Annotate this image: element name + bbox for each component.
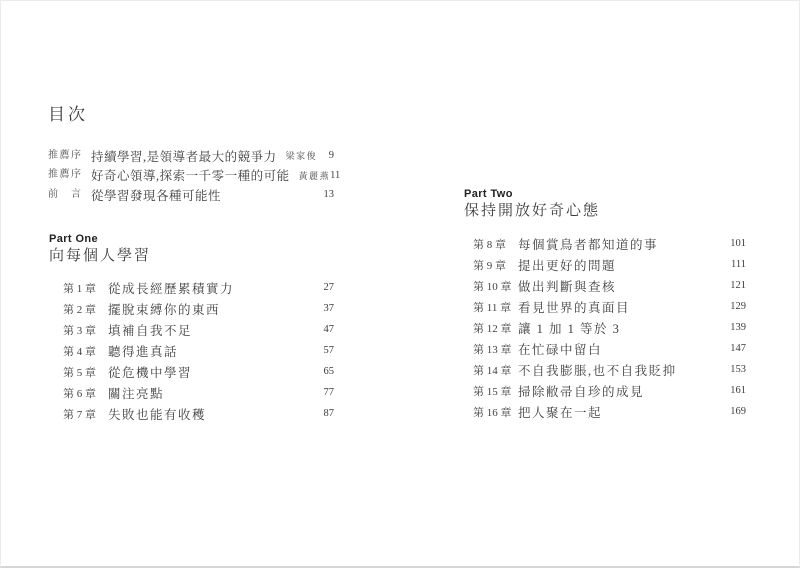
page-number: 161 [730, 385, 746, 396]
chapter-title: 掃除敝帚自珍的成見 [518, 382, 644, 400]
chapter-row: 第 11 章 看見世界的真面目 129 [473, 296, 746, 317]
front-matter-row: 推薦序 好奇心領導,探索一千零一種的可能 黃麗燕 11 [48, 166, 334, 186]
chapter-number: 第 4 章 [63, 343, 108, 359]
page-number: 65 [324, 366, 335, 377]
chapter-row: 第 5 章 從危機中學習 65 [63, 361, 334, 382]
page-number: 121 [730, 280, 746, 291]
part-two-title: 保持開放好奇心態 [464, 201, 600, 221]
chapter-row: 第 1 章 從成長經歷累積實力 27 [63, 277, 334, 298]
chapter-number: 第 5 章 [63, 364, 108, 380]
page-number: 13 [324, 189, 335, 200]
page-number: 139 [730, 322, 746, 333]
chapter-number: 第 15 章 [473, 383, 518, 399]
part-one-label: Part One [49, 232, 151, 246]
chapter-number: 第 12 章 [473, 320, 518, 336]
chapter-title: 從危機中學習 [108, 363, 192, 381]
chapter-row: 第 14 章 不自我膨脹,也不自我貶抑 153 [473, 359, 746, 380]
chapter-row: 第 15 章 掃除敝帚自珍的成見 161 [473, 380, 746, 401]
part-one-title: 向每個人學習 [49, 246, 151, 266]
page-number: 111 [731, 259, 746, 270]
page-number: 87 [324, 408, 335, 419]
part-one-chapter-list: 第 1 章 從成長經歷累積實力 27 第 2 章 擺脫束縛你的東西 37 第 3… [63, 277, 334, 424]
section-label: 推薦序 [48, 170, 81, 180]
chapter-title: 把人聚在一起 [518, 403, 602, 421]
page-number: 129 [730, 301, 746, 312]
chapter-number: 第 6 章 [63, 385, 108, 401]
chapter-number: 第 1 章 [63, 280, 108, 296]
chapter-title: 每個賞鳥者都知道的事 [518, 235, 658, 253]
chapter-number: 第 16 章 [473, 404, 518, 420]
chapter-number: 第 3 章 [63, 322, 108, 338]
author-name: 梁家俊 [286, 149, 318, 162]
page-number: 47 [324, 324, 335, 335]
chapter-title: 做出判斷與查核 [518, 277, 616, 295]
chapter-row: 第 6 章 關注亮點 77 [63, 382, 334, 403]
chapter-title: 讓 1 加 1 等於 3 [518, 319, 620, 337]
chapter-row: 第 16 章 把人聚在一起 169 [473, 401, 746, 422]
book-toc-page: 目次 推薦序 持續學習,是領導者最大的競爭力 梁家俊 9 推薦序 好奇心領導,探… [0, 0, 800, 568]
chapter-number: 第 7 章 [63, 406, 108, 422]
page-number: 11 [330, 170, 340, 181]
front-matter-row: 推薦序 持續學習,是領導者最大的競爭力 梁家俊 9 [48, 146, 334, 166]
page-number: 153 [730, 364, 746, 375]
chapter-row: 第 9 章 提出更好的問題 111 [473, 254, 746, 275]
page-number: 77 [324, 387, 335, 398]
front-matter-row: 前言 從學習發現各種可能性 13 [48, 185, 334, 205]
page-number: 57 [324, 345, 335, 356]
chapter-number: 第 14 章 [473, 362, 518, 378]
chapter-row: 第 3 章 填補自我不足 47 [63, 319, 334, 340]
chapter-number: 第 10 章 [473, 278, 518, 294]
chapter-title: 從成長經歷累積實力 [108, 279, 234, 297]
entry-title: 從學習發現各種可能性 [91, 186, 221, 204]
chapter-number: 第 2 章 [63, 301, 108, 317]
chapter-row: 第 2 章 擺脫束縛你的東西 37 [63, 298, 334, 319]
chapter-title: 看見世界的真面目 [518, 298, 630, 316]
part-two-chapter-list: 第 8 章 每個賞鳥者都知道的事 101 第 9 章 提出更好的問題 111 第… [473, 233, 746, 422]
chapter-number: 第 13 章 [473, 341, 518, 357]
page-number: 147 [730, 343, 746, 354]
chapter-row: 第 10 章 做出判斷與查核 121 [473, 275, 746, 296]
page-number: 101 [730, 238, 746, 249]
toc-title: 目次 [48, 105, 88, 125]
chapter-row: 第 12 章 讓 1 加 1 等於 3 139 [473, 317, 746, 338]
chapter-row: 第 4 章 聽得進真話 57 [63, 340, 334, 361]
part-two-header: Part Two 保持開放好奇心態 [464, 187, 600, 221]
chapter-title: 提出更好的問題 [518, 256, 616, 274]
chapter-number: 第 11 章 [473, 299, 518, 315]
chapter-number: 第 8 章 [473, 236, 518, 252]
page-number: 9 [329, 150, 334, 161]
chapter-title: 關注亮點 [108, 384, 164, 402]
author-name: 黃麗燕 [299, 169, 331, 182]
chapter-title: 在忙碌中留白 [518, 340, 602, 358]
section-label: 推薦序 [48, 151, 81, 161]
chapter-number: 第 9 章 [473, 257, 518, 273]
chapter-row: 第 13 章 在忙碌中留白 147 [473, 338, 746, 359]
front-matter-list: 推薦序 持續學習,是領導者最大的競爭力 梁家俊 9 推薦序 好奇心領導,探索一千… [48, 146, 334, 205]
chapter-title: 失敗也能有收穫 [108, 405, 206, 423]
section-label: 前言 [48, 190, 81, 200]
page-number: 169 [730, 406, 746, 417]
chapter-title: 擺脫束縛你的東西 [108, 300, 220, 318]
chapter-title: 填補自我不足 [108, 321, 192, 339]
page-number: 37 [324, 303, 335, 314]
part-one-header: Part One 向每個人學習 [49, 232, 151, 266]
part-two-label: Part Two [464, 187, 600, 201]
chapter-row: 第 8 章 每個賞鳥者都知道的事 101 [473, 233, 746, 254]
chapter-title: 不自我膨脹,也不自我貶抑 [518, 361, 677, 379]
entry-title: 持續學習,是領導者最大的競爭力 [91, 147, 277, 165]
entry-title: 好奇心領導,探索一千零一種的可能 [91, 166, 290, 184]
chapter-title: 聽得進真話 [108, 342, 178, 360]
chapter-row: 第 7 章 失敗也能有收穫 87 [63, 403, 334, 424]
page-number: 27 [324, 282, 335, 293]
